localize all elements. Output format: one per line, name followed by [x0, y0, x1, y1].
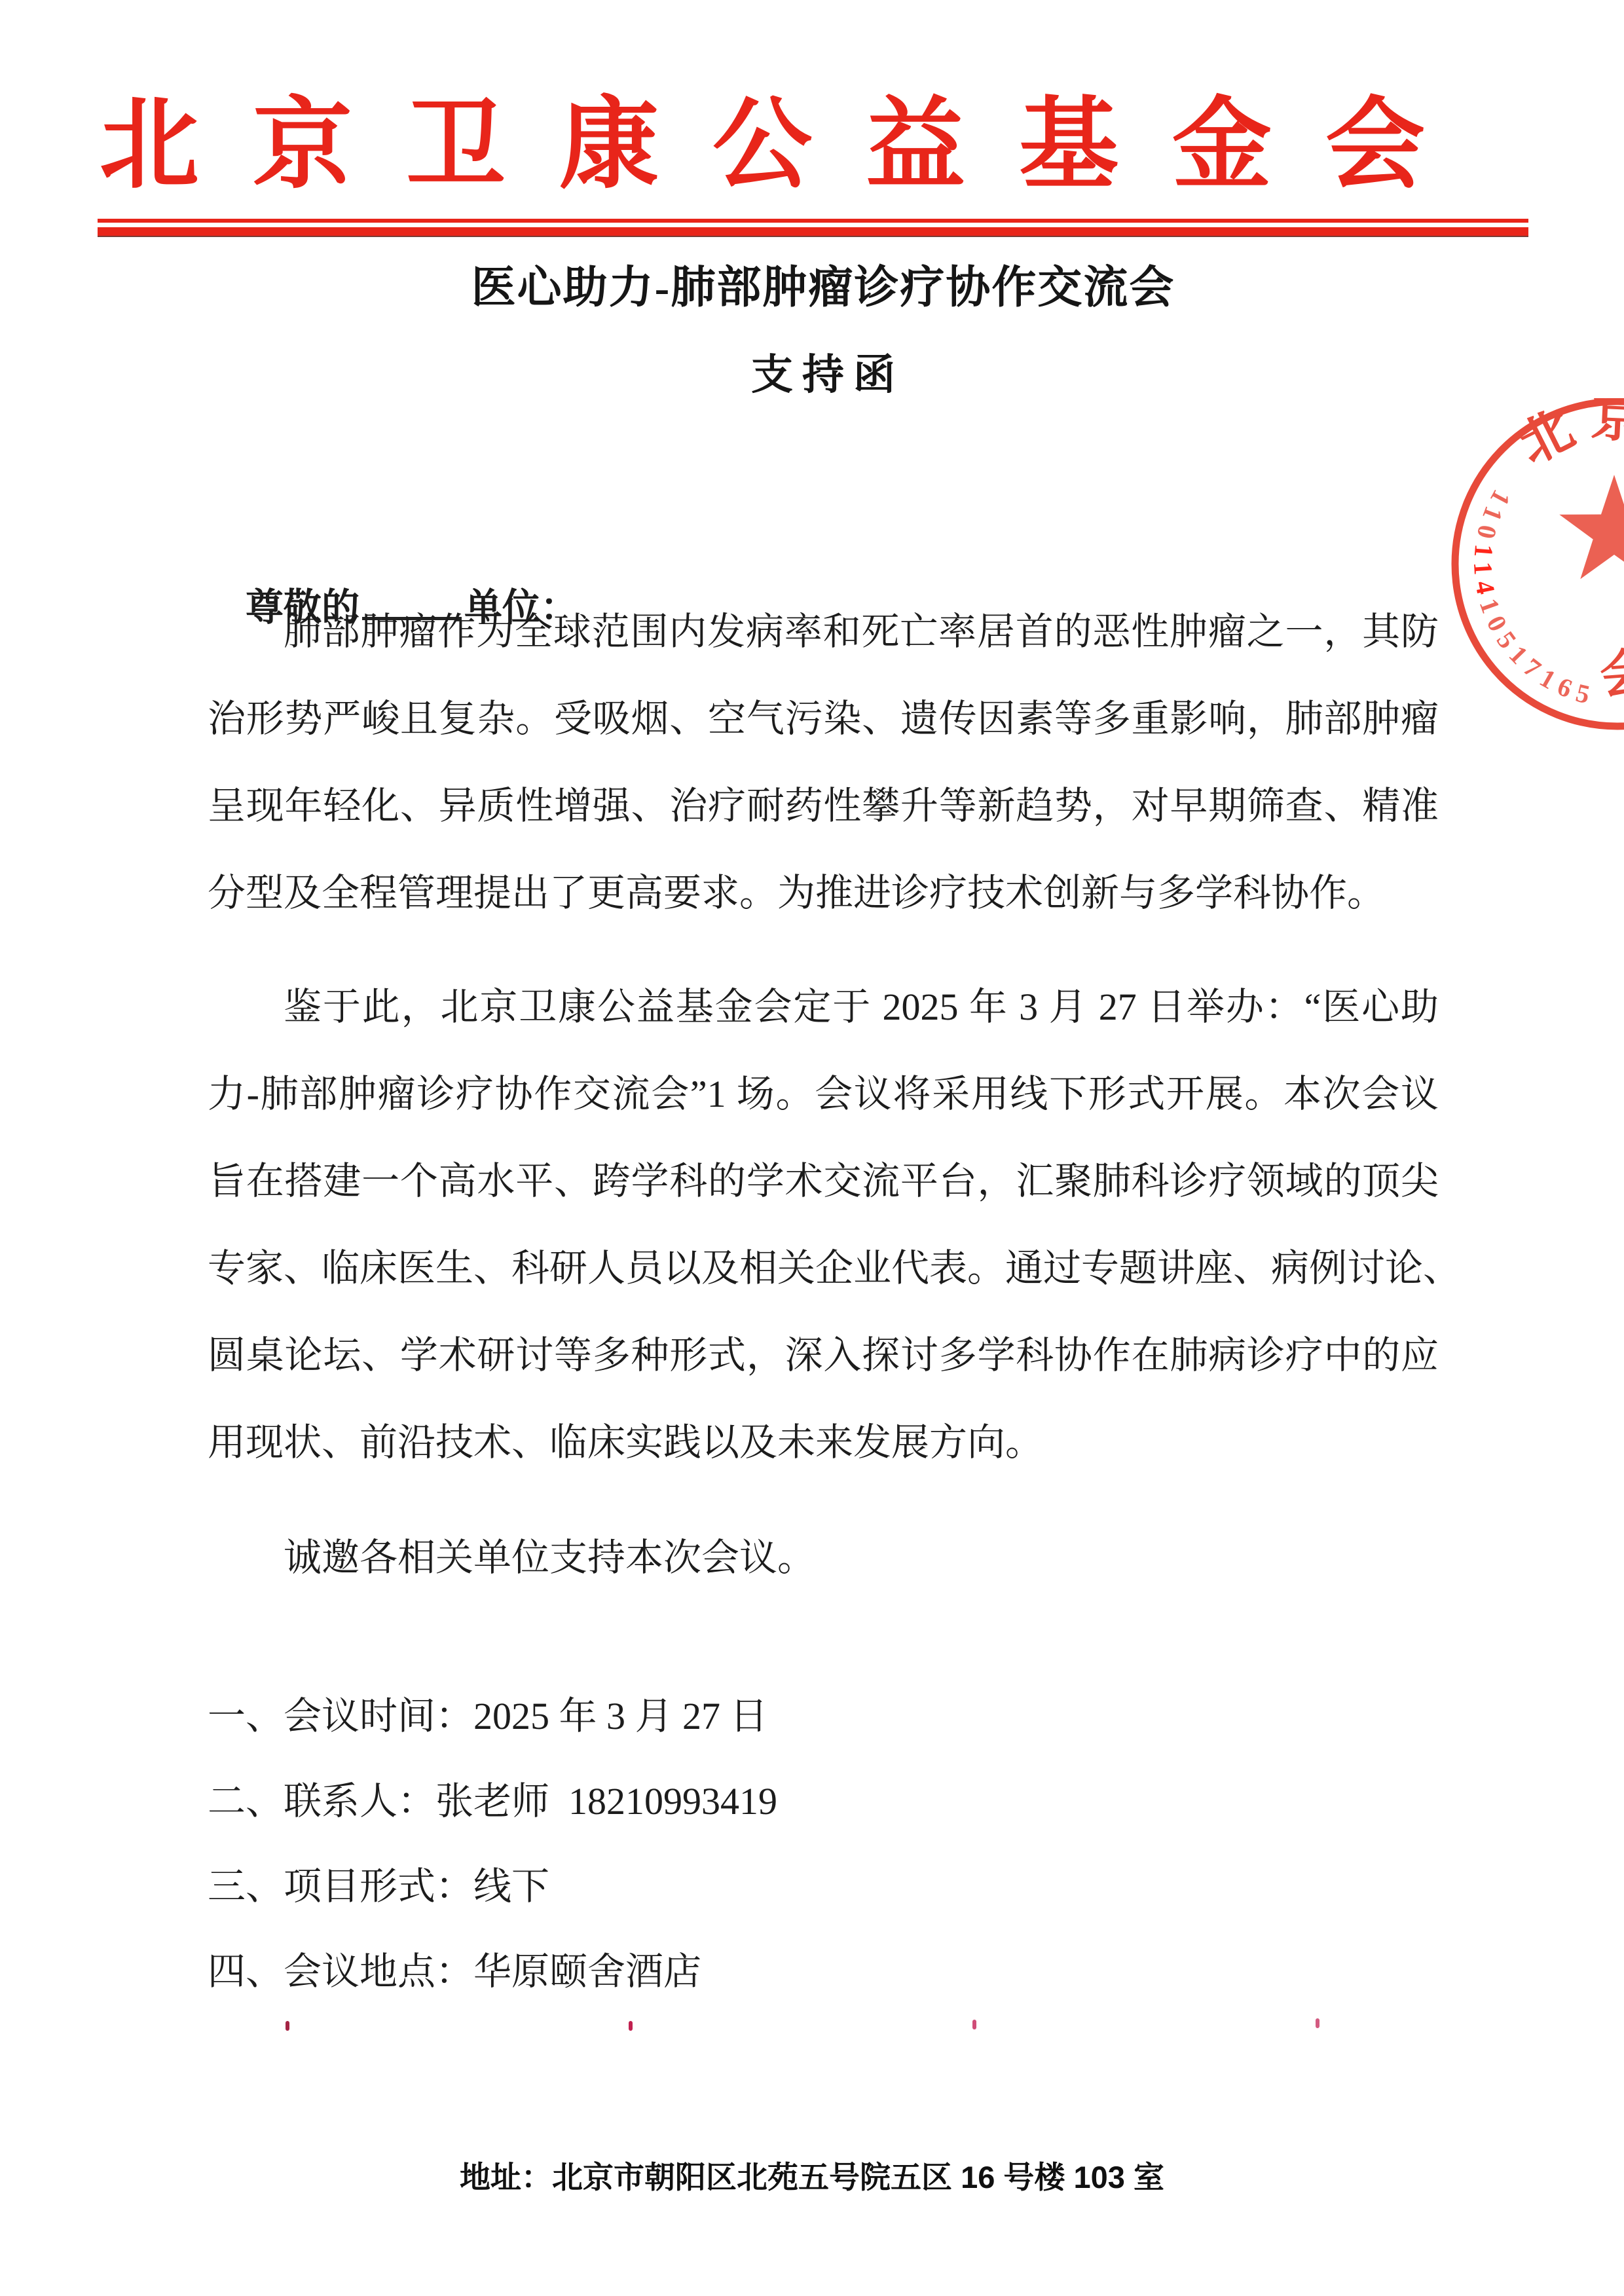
paragraph-1-line: 呈现年轻化、异质性增强、治疗耐药性攀升等新趋势，对早期筛查、精准 — [208, 762, 1439, 849]
scan-dot — [629, 2021, 633, 2031]
footer-address: 地址：北京市朝阳区北苑五号院五区 16 号楼 103 室 — [0, 2153, 1624, 2197]
paragraph-2-line: 旨在搭建一个高水平、跨学科的学术交流平台，汇聚肺科诊疗领域的顶尖 — [208, 1138, 1439, 1225]
closing-line: 诚邀各相关单位支持本次会议。 — [208, 1514, 1439, 1601]
list-item-project-format: 三、项目形式：线下 — [208, 1844, 1511, 1929]
document-page: 北京卫康公益基金会 医心助力-肺部肿瘤诊疗协作交流会 支持函 尊敬的单位： 肺部… — [0, 0, 1624, 2296]
paragraph-2-line: 圆桌论坛、学术研讨等多种形式，深入探讨多学科协作在肺病诊疗中的应 — [208, 1312, 1439, 1399]
paragraph-1: 肺部肿瘤作为全球范围内发病率和死亡率居首的恶性肿瘤之一，其防 治形势严峻且复杂。… — [208, 588, 1439, 936]
paragraph-1-line: 分型及全程管理提出了更高要求。为推进诊疗技术创新与多学科协作。 — [208, 849, 1439, 936]
star-icon — [1559, 475, 1624, 579]
scan-dot — [286, 2021, 289, 2031]
letterhead-title: 北京卫康公益基金会 — [100, 96, 1540, 195]
scan-dot — [1316, 2018, 1319, 2028]
list-item-contact-person: 二、联系人：张老师 18210993419 — [208, 1759, 1511, 1844]
letterhead-rule — [98, 219, 1528, 236]
seal-number-mid: 114 — [1468, 543, 1502, 604]
svg-text:北京: 北京 — [1510, 398, 1624, 475]
official-seal: 北京 会 11011410517165 — [1421, 398, 1624, 733]
seal-number-right: 10517165 — [1474, 595, 1600, 711]
seal-bottom-text: 会 — [1598, 644, 1624, 705]
seal-top-text: 北京 — [1510, 398, 1624, 475]
paragraph-1-line: 治形势严峻且复杂。受吸烟、空气污染、遗传因素等多重影响，肺部肿瘤 — [208, 675, 1439, 762]
paragraph-2-line: 用现状、前沿技术、临床实践以及未来发展方向。 — [208, 1399, 1439, 1486]
document-title: 医心助力-肺部肿瘤诊疗协作交流会 — [208, 263, 1439, 312]
paragraph-2-line: 力-肺部肿瘤诊疗协作交流会”1 场。会议将采用线下形式开展。本次会议 — [208, 1050, 1439, 1138]
list-item-meeting-time: 一、会议时间：2025 年 3 月 27 日 — [208, 1674, 1511, 1759]
paragraph-2-line: 鉴于此，北京卫康公益基金会定于 2025 年 3 月 27 日举办：“医心助 — [208, 963, 1439, 1050]
meeting-info-list: 一、会议时间：2025 年 3 月 27 日 二、联系人：张老师 1821099… — [208, 1674, 1511, 2014]
paragraph-1-line: 肺部肿瘤作为全球范围内发病率和死亡率居首的恶性肿瘤之一，其防 — [208, 588, 1439, 675]
svg-text:会: 会 — [1598, 644, 1624, 705]
list-item-meeting-location: 四、会议地点：华原颐舍酒店 — [208, 1929, 1511, 2014]
paragraph-2: 鉴于此，北京卫康公益基金会定于 2025 年 3 月 27 日举办：“医心助 力… — [208, 963, 1439, 1486]
letterhead-rule-thick — [98, 227, 1528, 236]
scan-dot — [972, 2020, 976, 2029]
paragraph-2-line: 专家、临床医生、科研人员以及相关企业代表。通过专题讲座、病例讨论、 — [208, 1225, 1439, 1312]
document-subtitle: 支持函 — [208, 352, 1439, 398]
seal-number-left: 110 — [1469, 485, 1517, 549]
